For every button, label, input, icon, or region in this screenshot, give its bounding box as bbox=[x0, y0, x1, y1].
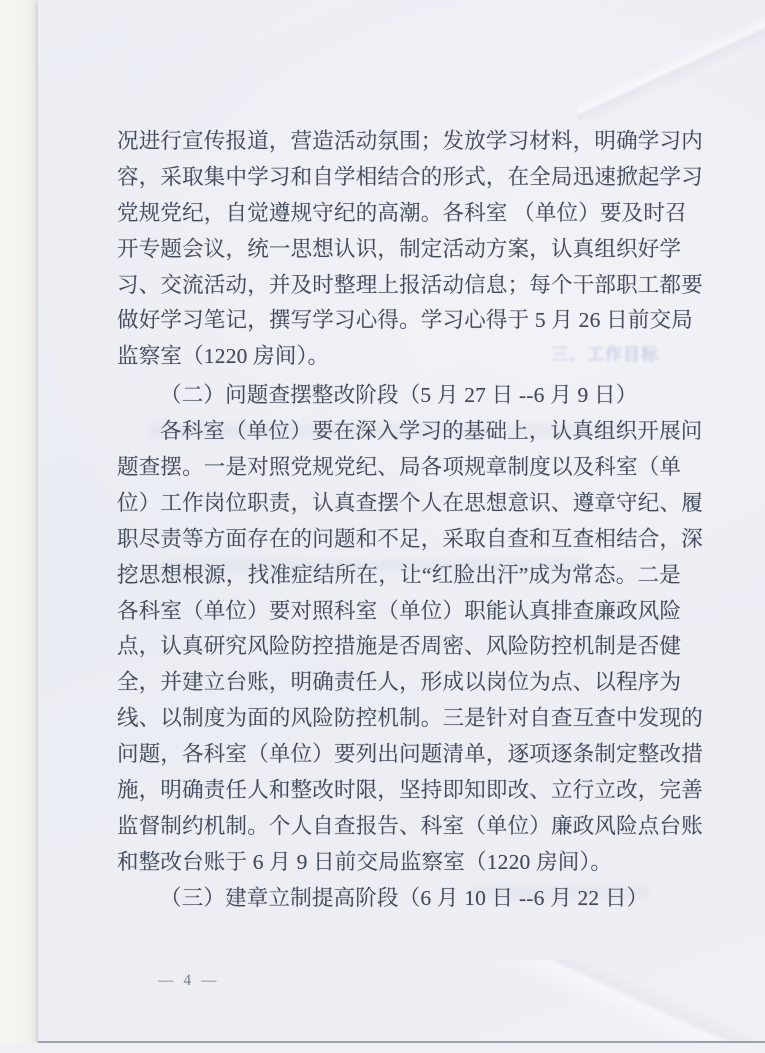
document-line: 做好学习笔记，撰写学习心得。学习心得于 5 月 26 日前交局 bbox=[117, 303, 681, 339]
document-line: 监察室（1220 房间）。 bbox=[117, 339, 681, 375]
document-line: 问题，各科室（单位）要列出问题清单，逐项逐条制定整改措 bbox=[117, 737, 681, 773]
underlying-sheet-edge bbox=[0, 0, 38, 1053]
paper-crease bbox=[458, 960, 765, 1041]
document-line: 党规党纪，自觉遵规守纪的高潮。各科室 （单位）要及时召 bbox=[117, 196, 681, 232]
scanner-background bbox=[0, 1043, 765, 1053]
document-line: （三）建章立制提高阶段（6 月 10 日 --6 月 22 日） bbox=[117, 881, 681, 917]
document-line: 职尽责等方面存在的问题和不足，采取自查和互查相结合，深 bbox=[117, 522, 681, 558]
document-line: 和整改台账于 6 月 9 日前交局监察室（1220 房间）。 bbox=[117, 845, 681, 881]
document-line: 开专题会议，统一思想认识，制定活动方案，认真组织好学 bbox=[117, 232, 681, 268]
document-line: 习、交流活动，并及时整理上报活动信息；每个干部职工都要 bbox=[117, 268, 681, 304]
paper-crease bbox=[578, 0, 765, 120]
document-line: 况进行宣传报道，营造活动氛围；发放学习材料，明确学习内 bbox=[117, 124, 681, 160]
document-line: 点，认真研究风险防控措施是否周密、风险防控机制是否健 bbox=[117, 629, 681, 665]
document-line: （二）问题查摆整改阶段（5 月 27 日 --6 月 9 日） bbox=[117, 378, 681, 414]
document-line: 题查摆。一是对照党规党纪、局各项规章制度以及科室（单 bbox=[117, 450, 681, 486]
document-line: 各科室（单位）要在深入学习的基础上，认真组织开展问 bbox=[117, 414, 681, 450]
document-line: 监督制约机制。个人自查报告、科室（单位）廉政风险点台账 bbox=[117, 809, 681, 845]
document-line: 施，明确责任人和整改时限，坚持即知即改、立行立改，完善 bbox=[117, 773, 681, 809]
document-line: 各科室（单位）要对照科室（单位）职能认真排查廉政风险 bbox=[117, 594, 681, 630]
page-number: — 4 — bbox=[158, 972, 220, 990]
document-body: 况进行宣传报道，营造活动氛围；发放学习材料，明确学习内容，采取集中学习和自学相结… bbox=[117, 124, 681, 917]
document-line: 全，并建立台账，明确责任人，形成以岗位为点、以程序为 bbox=[117, 665, 681, 701]
document-line: 位）工作岗位职责，认真查摆个人在思想意识、遵章守纪、履 bbox=[117, 486, 681, 522]
document-line: 容，采取集中学习和自学相结合的形式，在全局迅速掀起学习 bbox=[117, 160, 681, 196]
document-line: 挖思想根源，找准症结所在，让“红脸出汗”成为常态。二是 bbox=[117, 558, 681, 594]
document-line: 线、以制度为面的风险防控机制。三是针对自查互查中发现的 bbox=[117, 701, 681, 737]
